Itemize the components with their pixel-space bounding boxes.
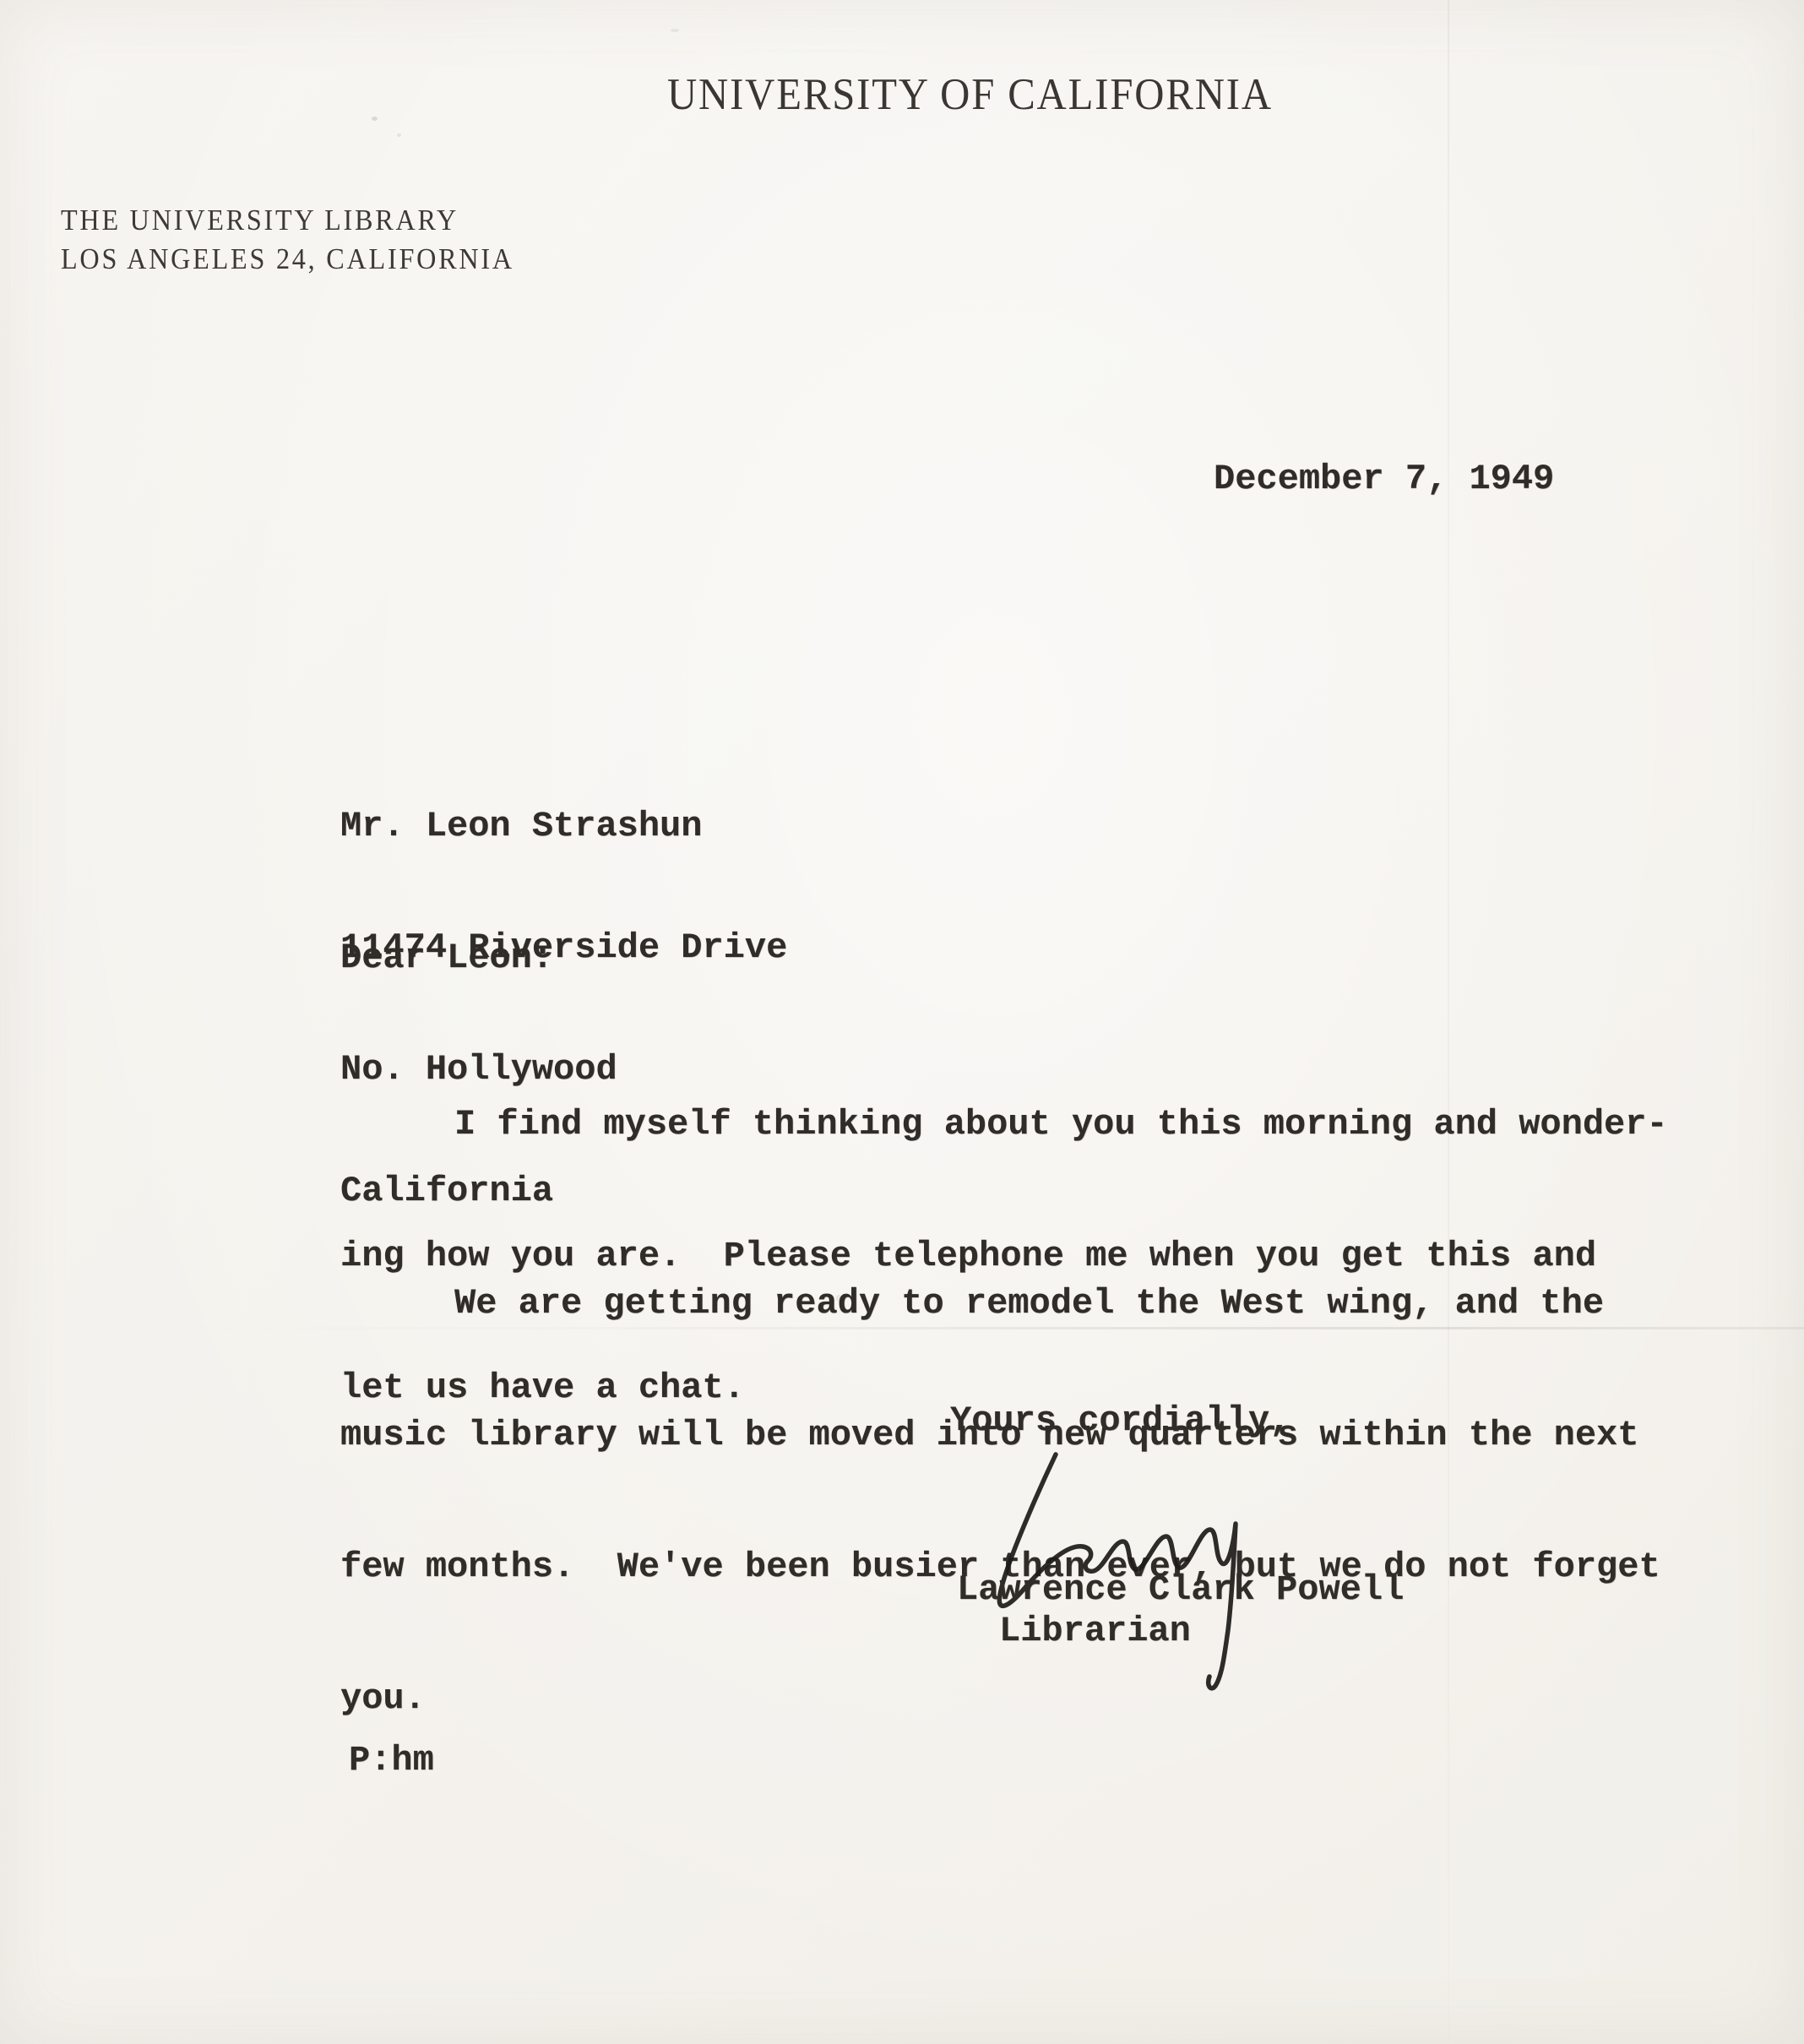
scan-speck bbox=[397, 133, 401, 137]
salutation: Dear Leon: bbox=[340, 936, 553, 980]
letterhead-city-line: LOS ANGELES 24, CALIFORNIA bbox=[61, 240, 514, 279]
letterhead-title: UNIVERSITY OF CALIFORNIA bbox=[667, 69, 1273, 120]
signer-name: Lawrence Clark Powell bbox=[957, 1568, 1404, 1612]
letter-date: December 7, 1949 bbox=[1214, 457, 1554, 501]
signer-title: Librarian bbox=[999, 1609, 1191, 1653]
paragraph-line: I find myself thinking about you this mo… bbox=[340, 1102, 1668, 1146]
vertical-fold-crease bbox=[1448, 0, 1449, 2044]
paragraph-line: We are getting ready to remodel the West… bbox=[340, 1281, 1660, 1325]
scan-speck bbox=[671, 29, 679, 32]
letter-page: UNIVERSITY OF CALIFORNIA THE UNIVERSITY … bbox=[0, 0, 1804, 2044]
reference-initials: P:hm bbox=[349, 1738, 434, 1782]
horizontal-fold-crease bbox=[0, 1327, 1804, 1329]
letterhead-address-block: THE UNIVERSITY LIBRARY LOS ANGELES 24, C… bbox=[61, 201, 514, 279]
letterhead-department: THE UNIVERSITY LIBRARY bbox=[61, 201, 514, 240]
scan-speck bbox=[836, 1295, 841, 1302]
scan-speck bbox=[372, 117, 378, 121]
recipient-name: Mr. Leon Strashun bbox=[340, 806, 787, 846]
